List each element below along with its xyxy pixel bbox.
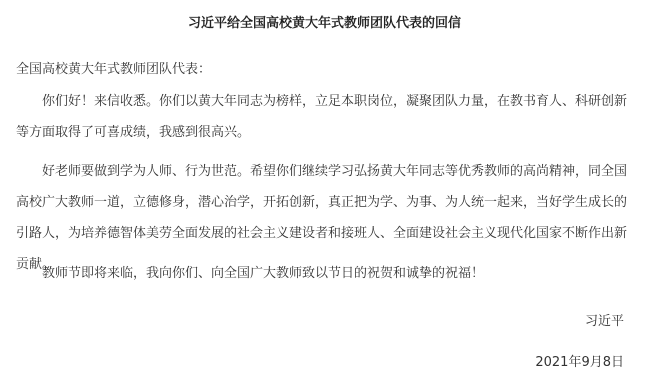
salutation: 全国高校黄大年式教师团队代表：: [16, 58, 211, 77]
letter-date: 2021年9月8日: [535, 351, 624, 370]
paragraph-1: 你们好！来信收悉。你们以黄大年同志为榜样，立足本职岗位，凝聚团队力量，在教书育人…: [16, 86, 634, 148]
paragraph-3: 教师节即将来临，我向你们、向全国广大教师致以节日的祝贺和诚挚的祝福！: [16, 258, 634, 289]
letter-title: 习近平给全国高校黄大年式教师团队代表的回信: [0, 12, 649, 31]
signer-name: 习近平: [585, 310, 624, 329]
